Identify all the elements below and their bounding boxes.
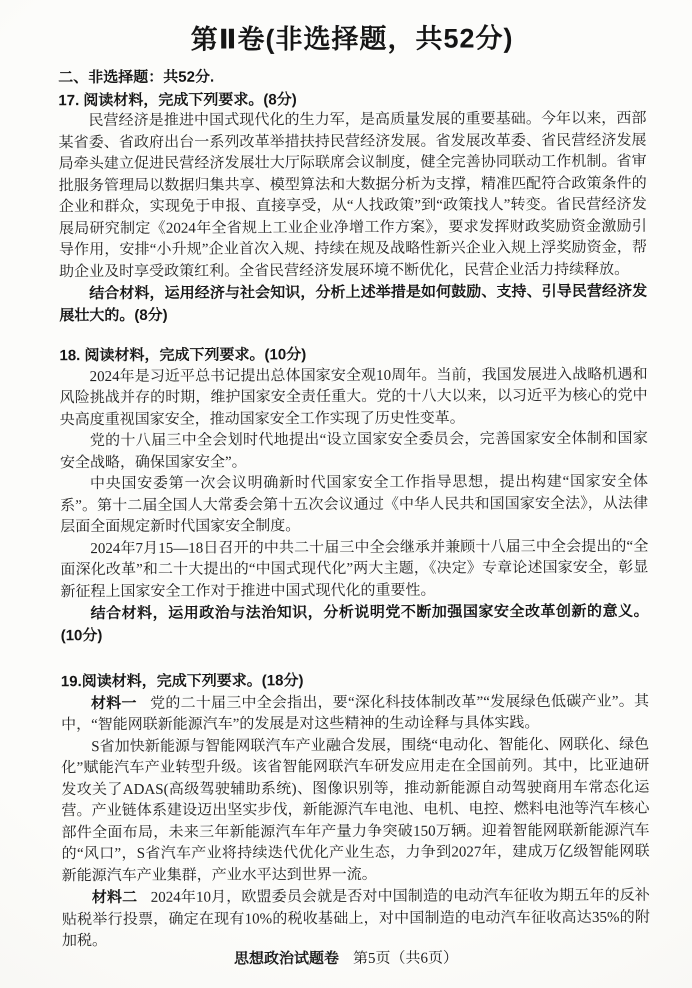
- question-17-header: 17. 阅读材料，完成下列要求。(8分): [58, 87, 646, 111]
- question-19-material-2: 材料二2024年10月，欧盟委员会就是否对中国制造的电动汽车征收为期五年的反补贴…: [62, 885, 650, 953]
- spacer: [59, 324, 647, 345]
- question-17: 17. 阅读材料，完成下列要求。(8分) 民营经济是推进中国式现代化的生力军，是…: [58, 87, 647, 326]
- exam-page-scan: 第Ⅱ卷(非选择题，共52分) 二、非选择题：共52分. 17. 阅读材料，完成下…: [0, 0, 692, 988]
- footer-booklet-name: 思想政治试题卷: [234, 951, 339, 967]
- section-heading: 二、非选择题：共52分.: [58, 65, 646, 89]
- question-18-header: 18. 阅读材料，完成下列要求。(10分): [59, 343, 647, 367]
- question-19-material-1-body: S省加快新能源与智能网联汽车产业融合发展，围绕“电动化、智能化、网联化、绿色化”…: [61, 734, 650, 887]
- material-2-label: 材料二: [92, 889, 137, 906]
- question-18-para-1: 2024年是习近平总书记提出总体国家安全观10周年。当前，我国发展进入战略机遇和…: [60, 364, 648, 431]
- question-18-para-4: 2024年7月15—18日召开的中共二十届三中全会继承并兼顾十八届三中全会提出的…: [60, 536, 648, 603]
- material-2-text: 2024年10月，欧盟委员会就是否对中国制造的电动汽车征收为期五年的反补贴税举行…: [62, 888, 650, 950]
- page-content: 第Ⅱ卷(非选择题，共52分) 二、非选择题：共52分. 17. 阅读材料，完成下…: [0, 0, 692, 953]
- question-18: 18. 阅读材料，完成下列要求。(10分) 2024年是习近平总书记提出总体国家…: [59, 343, 648, 647]
- question-17-task: 结合材料，运用经济与社会知识，分析上述举措是如何鼓励、支持、引导民营经济发展壮大…: [59, 281, 647, 327]
- spacer: [61, 644, 649, 671]
- material-1-label: 材料一: [91, 694, 137, 711]
- page-footer: 思想政治试题卷第5页（共6页）: [0, 945, 692, 969]
- question-19-header: 19.阅读材料，完成下列要求。(18分): [61, 669, 649, 693]
- material-1-intro-text: 党的二十届三中全会指出，要“深化科技体制改革”“发展绿色低碳产业”。其中，“智能…: [61, 693, 649, 733]
- question-19: 19.阅读材料，完成下列要求。(18分) 材料一党的二十届三中全会指出，要“深化…: [61, 669, 650, 953]
- question-18-para-3: 中央国安委第一次会议明确新时代国家安全工作指导思想，提出构建“国家安全体系”。第…: [60, 472, 648, 539]
- footer-page-number: 第5页（共6页）: [353, 951, 458, 967]
- question-17-material: 民营经济是推进中国式现代化的生力军，是高质量发展的重要基础。今年以来，西部某省委…: [58, 109, 647, 284]
- question-18-para-2: 党的十八届三中全会划时代地提出“设立国家安全委员会，完善国家安全体制和国家安全战…: [60, 429, 648, 475]
- question-19-material-1-intro: 材料一党的二十届三中全会指出，要“深化科技体制改革”“发展绿色低碳产业”。其中，…: [61, 690, 649, 737]
- paper-title: 第Ⅱ卷(非选择题，共52分): [58, 21, 646, 58]
- question-18-task: 结合材料，运用政治与法治知识，分析说明党不断加强国家安全改革创新的意义。(10分…: [61, 601, 649, 647]
